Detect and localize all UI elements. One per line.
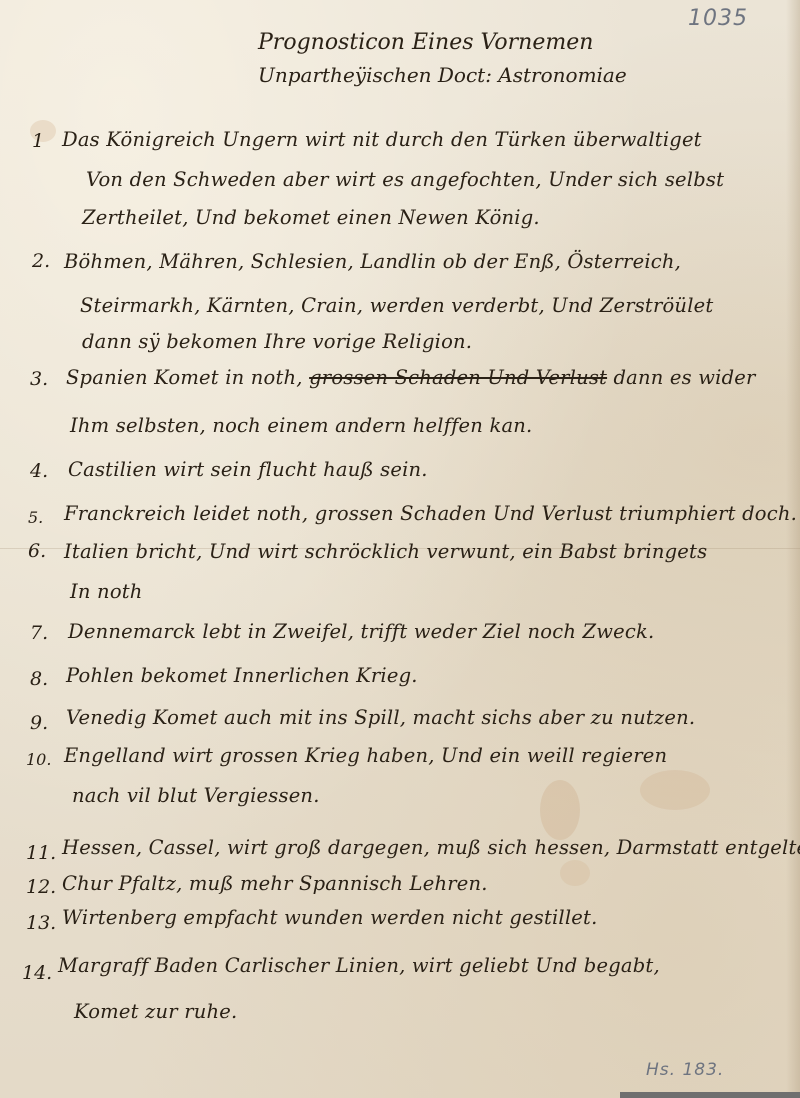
entry-line: Dennemarck lebt in Zweifel, trifft weder… [68, 620, 654, 643]
paper-stain [540, 780, 580, 840]
entry-line: Ihm selbsten, noch einem andern helffen … [70, 414, 532, 437]
entry-text: dann es wider [613, 366, 755, 389]
entry-line: Venedig Komet auch mit ins Spill, macht … [66, 706, 695, 729]
entry-line: dann sÿ bekomen Ihre vorige Religion. [82, 330, 472, 353]
entry-line: Komet zur ruhe. [74, 1000, 237, 1023]
entry-line: Böhmen, Mähren, Schlesien, Landlin ob de… [64, 250, 681, 273]
paper-stain [560, 860, 590, 886]
entry-number: 14. [22, 962, 52, 984]
entry-line: Franckreich leidet noth, grossen Schaden… [64, 502, 797, 525]
entry-line: Spanien Komet in noth, grossen Schaden U… [66, 366, 756, 389]
entry-number: 3. [30, 368, 48, 390]
scan-border [620, 1092, 800, 1098]
entry-number: 7. [30, 622, 48, 644]
title-line-1: Prognosticon Eines Vornemen [258, 30, 593, 55]
archive-number: 1035 [688, 6, 748, 31]
entry-line: In noth [70, 580, 143, 603]
entry-line: nach vil blut Vergiessen. [72, 784, 320, 807]
entry-line: Hessen, Cassel, wirt groß dargegen, muß … [62, 836, 800, 859]
entry-line: Zertheilet, Und bekomet einen Newen Köni… [82, 206, 540, 229]
entry-number: 13. [26, 912, 56, 934]
shelfmark: Hs. 183. [646, 1060, 724, 1080]
entry-line: Das Königreich Ungern wirt nit durch den… [62, 128, 702, 151]
entry-number: 5. [28, 508, 43, 527]
entry-number: 12. [26, 876, 56, 898]
entry-line: Chur Pfaltz, muß mehr Spannisch Lehren. [62, 872, 488, 895]
paper-stain [640, 770, 710, 810]
entry-line: Margraff Baden Carlischer Linien, wirt g… [58, 954, 660, 977]
entry-text: Spanien Komet in noth, [66, 366, 303, 389]
entry-line: Steirmarkh, Kärnten, Crain, werden verde… [80, 294, 713, 317]
entry-line: Castilien wirt sein flucht hauß sein. [68, 458, 428, 481]
struck-text: grossen Schaden Und Verlust [309, 366, 607, 389]
entry-number: 1 [32, 130, 44, 152]
entry-number: 10. [26, 750, 51, 769]
entry-number: 8. [30, 668, 48, 690]
entry-number: 9. [30, 712, 48, 734]
page-edge [786, 0, 800, 1098]
entry-line: Von den Schweden aber wirt es angefochte… [86, 168, 724, 191]
manuscript-page: 1035 Hs. 183. Prognosticon Eines Vorneme… [0, 0, 800, 1098]
entry-line: Wirtenberg empfacht wunden werden nicht … [62, 906, 597, 929]
title-line-2: Unpartheÿischen Doct: Astronomiae [258, 63, 627, 87]
entry-line: Pohlen bekomet Innerlichen Krieg. [66, 664, 418, 687]
entry-number: 4. [30, 460, 48, 482]
entry-line: Italien bricht, Und wirt schröcklich ver… [64, 540, 707, 563]
entry-number: 2. [32, 250, 50, 272]
entry-line: Engelland wirt grossen Krieg haben, Und … [64, 744, 667, 767]
entry-number: 6. [28, 540, 46, 562]
entry-number: 11. [26, 842, 56, 864]
